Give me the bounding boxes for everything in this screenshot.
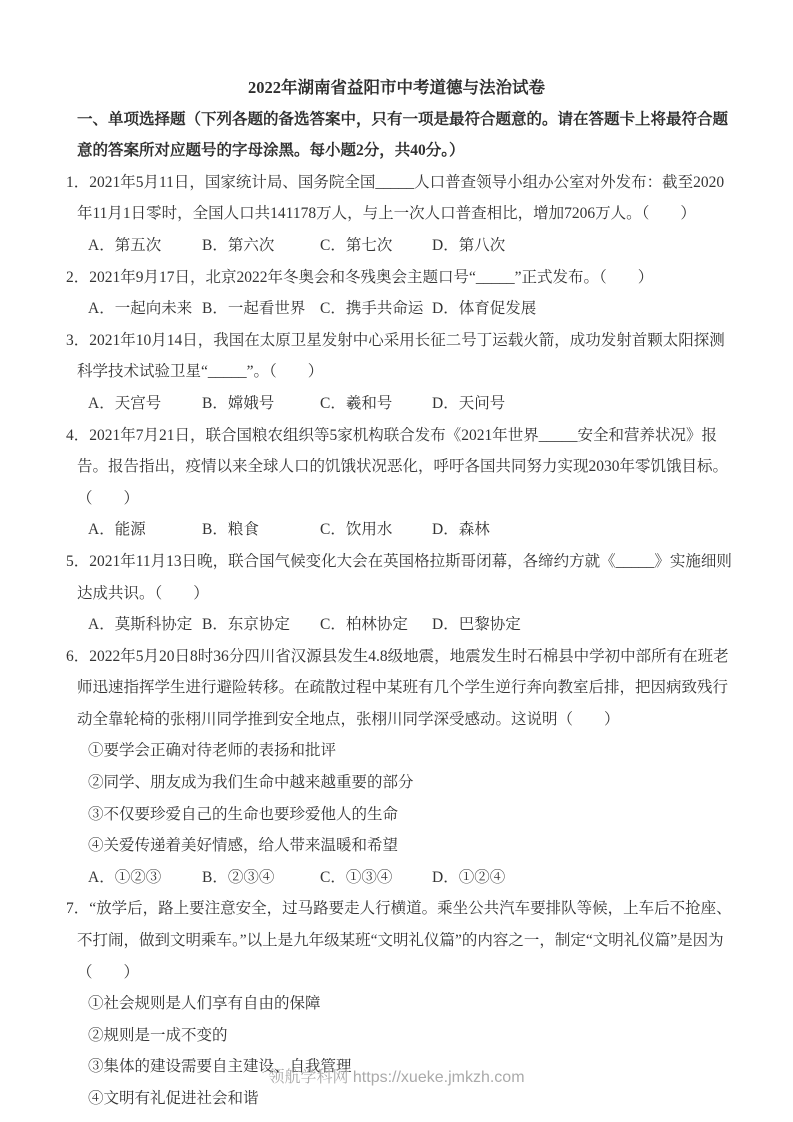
exam-document-page: 2022年湖南省益阳市中考道德与法治试卷 一、单项选择题（下列各题的备选答案中，… — [0, 0, 793, 1115]
option-d: D．森林 — [432, 514, 490, 546]
option-b: B．一起看世界 — [202, 293, 320, 325]
options-row: A．能源 B．粮食 C．饮用水 D．森林 — [88, 514, 753, 546]
question-stem: 7．“放学后，路上要注意安全，过马路要走人行横道。乘坐公共汽车要排队等候，上车后… — [66, 893, 737, 988]
options-row: A．莫斯科协定 B．东京协定 C．柏林协定 D．巴黎协定 — [88, 609, 753, 641]
options-row: A．第五次 B．第六次 C．第七次 D．第八次 — [88, 230, 753, 262]
option-c: C．柏林协定 — [320, 609, 432, 641]
option-a: A．第五次 — [88, 230, 202, 262]
option-a: A．①②③ — [88, 862, 202, 894]
option-c: C．携手共命运 — [320, 293, 432, 325]
option-b: B．第六次 — [202, 230, 320, 262]
statement-4: ④关爱传递着美好情感，给人带来温暖和希望 — [88, 830, 737, 862]
option-c: C．①③④ — [320, 862, 432, 894]
option-b: B．②③④ — [202, 862, 320, 894]
option-d: D．①②④ — [432, 862, 505, 894]
question-stem: 2．2021年9月17日，北京2022年冬奥会和冬残奥会主题口号“_____”正… — [66, 262, 737, 294]
option-a: A．一起向未来 — [88, 293, 202, 325]
option-b: B．粮食 — [202, 514, 320, 546]
question-stem: 1．2021年5月11日，国家统计局、国务院全国_____人口普查领导小组办公室… — [66, 167, 737, 230]
option-c: C．饮用水 — [320, 514, 432, 546]
question-5: 5．2021年11月13日晚，联合国气候变化大会在英国格拉斯哥闭幕，各缔约方就《… — [0, 546, 793, 641]
question-4: 4．2021年7月21日，联合国粮农组织等5家机构联合发布《2021年世界___… — [0, 420, 793, 546]
question-stem: 3．2021年10月14日，我国在太原卫星发射中心采用长征二号丁运载火箭，成功发… — [66, 325, 737, 388]
option-d: D．巴黎协定 — [432, 609, 521, 641]
options-row: A．一起向未来 B．一起看世界 C．携手共命运 D．体育促发展 — [88, 293, 753, 325]
question-6: 6．2022年5月20日8时36分四川省汉源县发生4.8级地震，地震发生时石棉县… — [0, 641, 793, 894]
option-c: C．第七次 — [320, 230, 432, 262]
option-a: A．天宫号 — [88, 388, 202, 420]
question-stem: 4．2021年7月21日，联合国粮农组织等5家机构联合发布《2021年世界___… — [66, 420, 737, 515]
statement-1: ①要学会正确对待老师的表扬和批评 — [88, 735, 737, 767]
question-1: 1．2021年5月11日，国家统计局、国务院全国_____人口普查领导小组办公室… — [0, 167, 793, 262]
statement-3: ③不仅要珍爱自己的生命也要珍爱他人的生命 — [88, 799, 737, 831]
option-b: B．东京协定 — [202, 609, 320, 641]
options-row: A．①②③ B．②③④ C．①③④ D．①②④ — [88, 862, 753, 894]
option-c: C．羲和号 — [320, 388, 432, 420]
question-2: 2．2021年9月17日，北京2022年冬奥会和冬残奥会主题口号“_____”正… — [0, 262, 793, 325]
statement-2: ②同学、朋友成为我们生命中越来越重要的部分 — [88, 767, 737, 799]
question-stem: 5．2021年11月13日晚，联合国气候变化大会在英国格拉斯哥闭幕，各缔约方就《… — [66, 546, 737, 609]
question-stem: 6．2022年5月20日8时36分四川省汉源县发生4.8级地震，地震发生时石棉县… — [66, 641, 737, 736]
option-d: D．天问号 — [432, 388, 505, 420]
option-d: D．体育促发展 — [432, 293, 536, 325]
options-row: A．天宫号 B．嫦娥号 C．羲和号 D．天问号 — [88, 388, 753, 420]
option-a: A．莫斯科协定 — [88, 609, 202, 641]
statement-1: ①社会规则是人们享有自由的保障 — [88, 988, 737, 1020]
watermark-text: 领航学科网 https://xueke.jmkzh.com — [0, 1066, 793, 1090]
section-header: 一、单项选择题（下列各题的备选答案中，只有一项是最符合题意的。请在答题卡上将最符… — [77, 104, 737, 167]
option-b: B．嫦娥号 — [202, 388, 320, 420]
statement-2: ②规则是一成不变的 — [88, 1020, 737, 1052]
option-d: D．第八次 — [432, 230, 505, 262]
question-3: 3．2021年10月14日，我国在太原卫星发射中心采用长征二号丁运载火箭，成功发… — [0, 325, 793, 420]
option-a: A．能源 — [88, 514, 202, 546]
page-title: 2022年湖南省益阳市中考道德与法治试卷 — [0, 72, 793, 104]
